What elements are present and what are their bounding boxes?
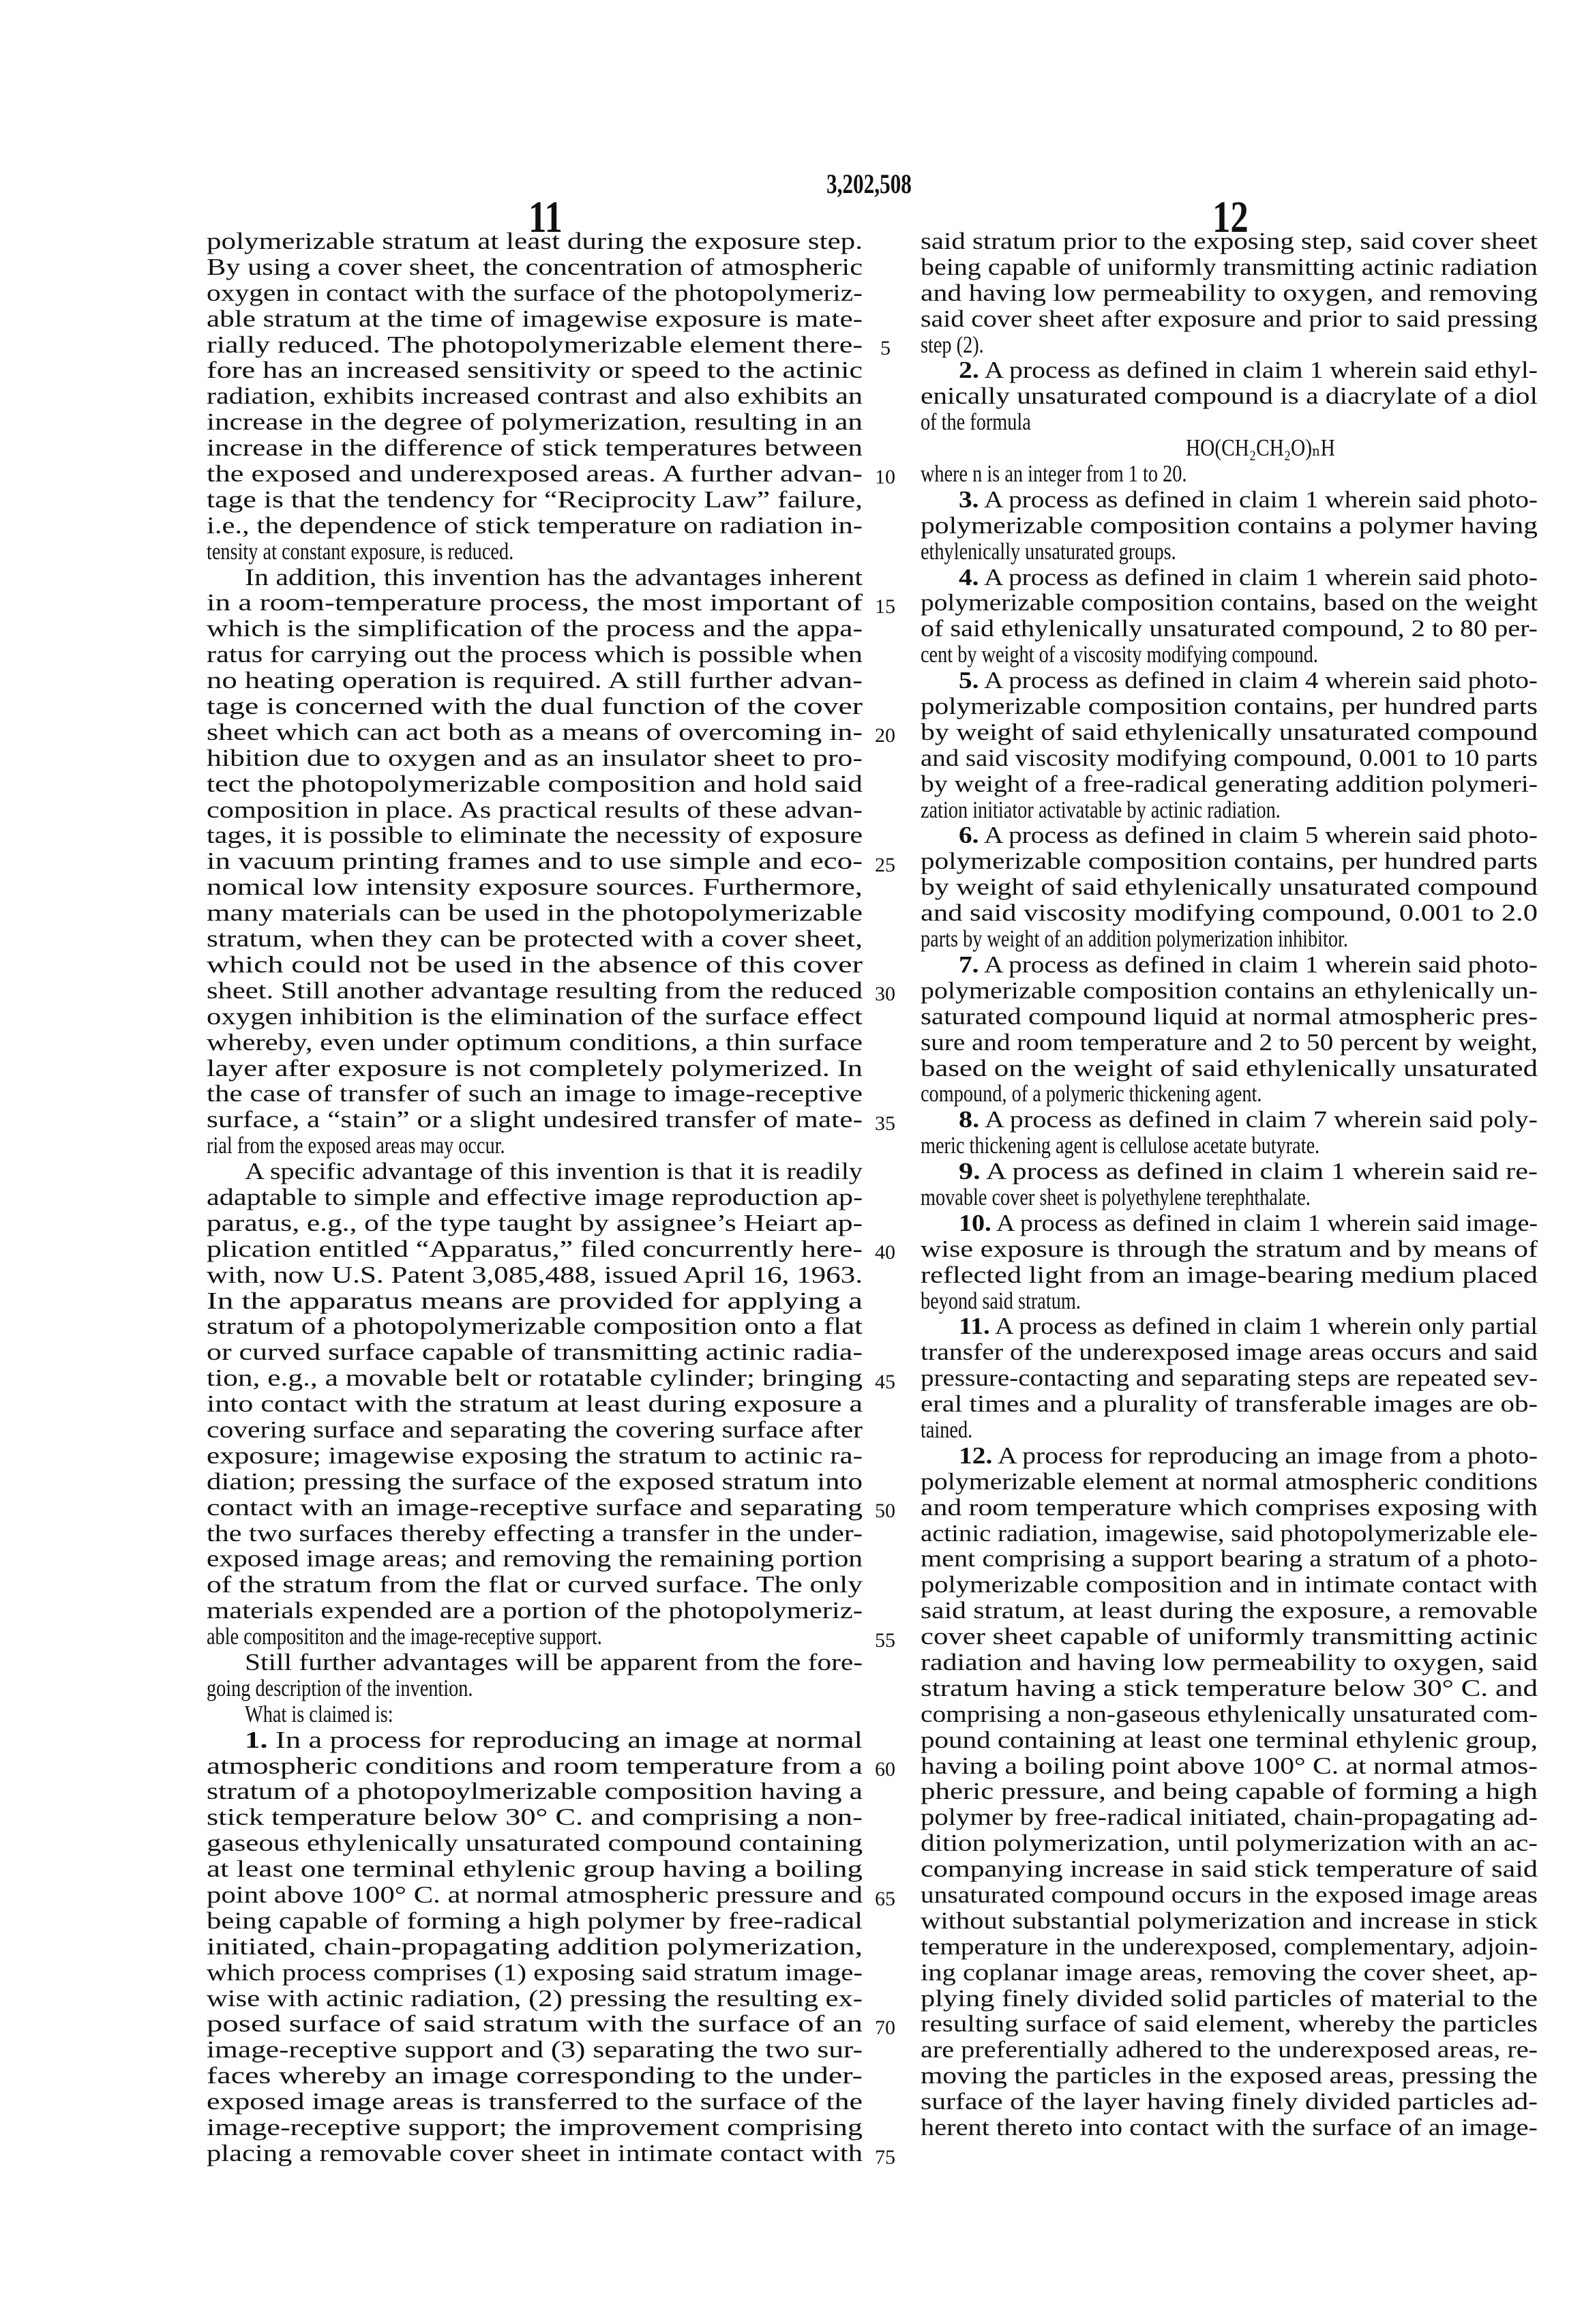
line-text: point above 100° C. at normal atmospheri… bbox=[207, 1883, 863, 1909]
line-content: Still further advantages will be apparen… bbox=[245, 1650, 863, 1675]
text-line: stratum of a photopolymerizable composit… bbox=[207, 1314, 863, 1340]
line-content: HO(CH₂CH₂O)ₙH bbox=[1186, 435, 1335, 461]
line-content: tion, e.g., a movable belt or rotatable … bbox=[207, 1365, 863, 1391]
text-line: layer after exposure is not completely p… bbox=[207, 1056, 863, 1082]
line-text: oxygen inhibition is the elimination of … bbox=[207, 1004, 863, 1030]
line-text: exposed image areas; and removing the re… bbox=[207, 1547, 863, 1573]
line-content: A process for reproducing an image from … bbox=[992, 1443, 1538, 1469]
line-text: sure and room temperature and 2 to 50 pe… bbox=[921, 1030, 1538, 1056]
line-content: A process as defined in claim 1 wherein … bbox=[979, 952, 1538, 978]
line-text: rial from the exposed areas may occur. bbox=[207, 1133, 505, 1159]
line-content: movable cover sheet is polyethylene tere… bbox=[921, 1185, 1311, 1210]
text-line: tion, e.g., a movable belt or rotatable … bbox=[207, 1366, 863, 1392]
line-content: image-receptive support and (3) separati… bbox=[207, 2037, 863, 2063]
line-content: stratum of a photopoylmerizable composit… bbox=[207, 1778, 863, 1804]
line-content: being capable of uniformly transmitting … bbox=[921, 254, 1538, 280]
line-content: ratus for carrying out the process which… bbox=[207, 642, 863, 668]
line-text: Still further advantages will be apparen… bbox=[245, 1650, 863, 1676]
line-content: polymer by free-radical initiated, chain… bbox=[921, 1804, 1538, 1830]
line-content: able stratum at the time of imagewise ex… bbox=[207, 306, 863, 332]
text-line: transfer of the underexposed image areas… bbox=[921, 1340, 1538, 1366]
text-line: which could not be used in the absence o… bbox=[207, 953, 863, 979]
text-line: tage is concerned with the dual function… bbox=[207, 694, 863, 720]
line-text: of the formula bbox=[921, 410, 1031, 436]
line-text: and having low permeability to oxygen, a… bbox=[921, 281, 1538, 307]
text-line: enically unsaturated compound is a diacr… bbox=[921, 384, 1538, 410]
text-line: surface, a “stain” or a slight undesired… bbox=[207, 1107, 863, 1133]
line-text: 7. A process as defined in claim 1 where… bbox=[959, 953, 1538, 979]
text-line: unsaturated compound occurs in the expos… bbox=[921, 1883, 1538, 1909]
text-line: dition polymerization, until polymerizat… bbox=[921, 1831, 1538, 1857]
line-content: of said ethylenically unsaturated compou… bbox=[921, 616, 1538, 642]
line-text: plying finely divided solid particles of… bbox=[921, 1986, 1538, 2012]
line-text: radiation and having low permeability to… bbox=[921, 1650, 1538, 1676]
text-line: of the formula bbox=[921, 410, 1538, 436]
claim-number: 11. bbox=[959, 1313, 990, 1339]
text-line: or curved surface capable of transmittin… bbox=[207, 1340, 863, 1366]
line-text: rially reduced. The photopolymerizable e… bbox=[207, 333, 863, 359]
line-text: image-receptive support; the improvement… bbox=[207, 2115, 863, 2141]
line-content: unsaturated compound occurs in the expos… bbox=[921, 1882, 1538, 1908]
line-content: covering surface and separating the cove… bbox=[207, 1417, 863, 1443]
chemical-formula: HO(CH₂CH₂O)ₙH bbox=[921, 436, 1538, 462]
text-line: step (2). bbox=[921, 333, 1538, 359]
line-number: 30 bbox=[875, 981, 895, 1007]
line-text: 3. A process as defined in claim 1 where… bbox=[959, 488, 1538, 513]
text-line: polymerizable composition contains, per … bbox=[921, 849, 1538, 875]
line-content: pressure-contacting and separating steps… bbox=[921, 1365, 1538, 1391]
line-text: By using a cover sheet, the concentratio… bbox=[207, 255, 863, 281]
text-line: said stratum, at least during the exposu… bbox=[921, 1598, 1538, 1624]
line-text: temperature in the underexposed, complem… bbox=[921, 1935, 1538, 1961]
line-text: posed surface of said stratum with the s… bbox=[207, 2012, 863, 2038]
line-content: where n is an integer from 1 to 20. bbox=[921, 461, 1186, 487]
line-content: ethylenically unsaturated groups. bbox=[921, 539, 1176, 565]
line-text: hibition due to oxygen and as an insulat… bbox=[207, 746, 863, 772]
line-text: being capable of forming a high polymer … bbox=[207, 1909, 863, 1935]
text-line: going description of the invention. bbox=[207, 1676, 863, 1702]
text-line: nomical low intensity exposure sources. … bbox=[207, 875, 863, 901]
text-line: polymerizable composition contains an et… bbox=[921, 979, 1538, 1004]
text-line: and said viscosity modifying compound, 0… bbox=[921, 746, 1538, 772]
line-content: having a boiling point above 100° C. at … bbox=[921, 1753, 1538, 1779]
line-text: sheet. Still another advantage resulting… bbox=[207, 979, 863, 1004]
line-text: step (2). bbox=[921, 333, 984, 359]
line-text: composition in place. As practical resul… bbox=[207, 798, 863, 824]
line-text: tage is concerned with the dual function… bbox=[207, 694, 863, 720]
text-line: the exposed and underexposed areas. A fu… bbox=[207, 462, 863, 488]
line-content: ment comprising a support bearing a stra… bbox=[921, 1546, 1538, 1572]
text-line: into contact with the stratum at least d… bbox=[207, 1392, 863, 1418]
line-text: covering surface and separating the cove… bbox=[207, 1418, 863, 1444]
line-text: having a boiling point above 100° C. at … bbox=[921, 1754, 1538, 1780]
claim-line: 6. A process as defined in claim 5 where… bbox=[921, 823, 1538, 849]
line-text: ethylenically unsaturated groups. bbox=[921, 539, 1176, 565]
line-content: in a room-temperature process, the most … bbox=[207, 590, 863, 616]
line-text: 12. A process for reproducing an image f… bbox=[959, 1444, 1538, 1470]
claim-number: 5. bbox=[959, 668, 979, 694]
line-text: diation; pressing the surface of the exp… bbox=[207, 1470, 863, 1495]
text-line: stick temperature below 30° C. and compr… bbox=[207, 1805, 863, 1831]
claim-number: 6. bbox=[959, 822, 979, 848]
line-text: What is claimed is: bbox=[245, 1702, 393, 1728]
text-line: comprising a non-gaseous ethylenically u… bbox=[921, 1702, 1538, 1728]
line-content: of the stratum from the flat or curved s… bbox=[207, 1572, 863, 1598]
line-text: HO(CH₂CH₂O)ₙH bbox=[1186, 436, 1335, 462]
line-text: polymerizable composition and in intimat… bbox=[921, 1573, 1538, 1598]
line-text: radiation, exhibits increased contrast a… bbox=[207, 384, 863, 410]
line-content: or curved surface capable of transmittin… bbox=[207, 1339, 863, 1365]
line-content: cover sheet capable of uniformly transmi… bbox=[921, 1624, 1538, 1650]
text-line: polymerizable composition contains, per … bbox=[921, 694, 1538, 720]
line-text: which could not be used in the absence o… bbox=[207, 953, 863, 979]
line-text: 2. A process as defined in claim 1 where… bbox=[959, 358, 1538, 384]
text-line: stratum having a stick temperature below… bbox=[921, 1676, 1538, 1702]
line-text: the case of transfer of such an image to… bbox=[207, 1082, 863, 1107]
line-text: 5. A process as defined in claim 4 where… bbox=[959, 668, 1538, 694]
line-content: zation initiator activatable by actinic … bbox=[921, 797, 1281, 823]
text-line: ethylenically unsaturated groups. bbox=[921, 539, 1538, 565]
line-text: stratum having a stick temperature below… bbox=[921, 1676, 1538, 1702]
line-content: by weight of a free-radical generating a… bbox=[921, 771, 1538, 797]
line-text: which is the simplification of the proce… bbox=[207, 616, 863, 642]
text-line: By using a cover sheet, the concentratio… bbox=[207, 255, 863, 281]
line-content: said stratum, at least during the exposu… bbox=[921, 1598, 1538, 1624]
line-content: into contact with the stratum at least d… bbox=[207, 1391, 863, 1417]
line-text: initiated, chain-propagating addition po… bbox=[207, 1935, 863, 1961]
line-text: stratum of a photopolymerizable composit… bbox=[207, 1314, 863, 1340]
text-line: pheric pressure, and being capable of fo… bbox=[921, 1779, 1538, 1805]
line-content: fore has an increased sensitivity or spe… bbox=[207, 357, 863, 383]
line-text: contact with an image-receptive surface … bbox=[207, 1495, 863, 1521]
text-line: polymerizable composition and in intimat… bbox=[921, 1573, 1538, 1598]
line-content: ing coplanar image areas, removing the c… bbox=[921, 1960, 1538, 1986]
text-line: reflected light from an image-bearing me… bbox=[921, 1263, 1538, 1289]
line-text: by weight of said ethylenically unsatura… bbox=[921, 720, 1538, 746]
line-content: stick temperature below 30° C. and compr… bbox=[207, 1804, 863, 1830]
claim-line: 3. A process as defined in claim 1 where… bbox=[921, 488, 1538, 513]
line-text: at least one terminal ethylenic group ha… bbox=[207, 1857, 863, 1883]
line-text: polymerizable composition contains an et… bbox=[921, 979, 1538, 1004]
line-text: said cover sheet after exposure and prio… bbox=[921, 307, 1538, 333]
line-text: layer after exposure is not completely p… bbox=[207, 1056, 863, 1082]
text-line: In the apparatus means are provided for … bbox=[207, 1289, 863, 1315]
text-line: ment comprising a support bearing a stra… bbox=[921, 1547, 1538, 1573]
text-line: tensity at constant exposure, is reduced… bbox=[207, 539, 863, 565]
line-content: tensity at constant exposure, is reduced… bbox=[207, 539, 513, 565]
line-text: being capable of uniformly transmitting … bbox=[921, 255, 1538, 281]
line-text: 9. A process as defined in claim 1 where… bbox=[959, 1159, 1538, 1185]
text-line: where n is an integer from 1 to 20. bbox=[921, 462, 1538, 488]
line-content: and said viscosity modifying compound, 0… bbox=[921, 900, 1538, 926]
line-text: 10. A process as defined in claim 1 wher… bbox=[959, 1211, 1538, 1237]
line-text: plication entitled “Apparatus,” filed co… bbox=[207, 1237, 863, 1263]
claim-number: 4. bbox=[959, 565, 979, 591]
line-text: 1. In a process for reproducing an image… bbox=[245, 1728, 863, 1754]
line-text: by weight of said ethylenically unsatura… bbox=[921, 875, 1538, 901]
line-content: polymerizable composition contains, per … bbox=[921, 694, 1538, 719]
line-text: and said viscosity modifying compound, 0… bbox=[921, 901, 1538, 927]
line-text: saturated compound liquid at normal atmo… bbox=[921, 1004, 1538, 1030]
text-line: plication entitled “Apparatus,” filed co… bbox=[207, 1237, 863, 1263]
line-content: wise with actinic radiation, (2) pressin… bbox=[207, 1986, 863, 2012]
line-text: by weight of a free-radical generating a… bbox=[921, 772, 1538, 798]
line-content: able composititon and the image-receptiv… bbox=[207, 1624, 602, 1650]
line-text: ment comprising a support bearing a stra… bbox=[921, 1547, 1538, 1573]
text-line: whereby, even under optimum conditions, … bbox=[207, 1030, 863, 1056]
patent-number: 3,202,508 bbox=[826, 168, 912, 200]
line-number: 35 bbox=[875, 1111, 895, 1137]
text-line: movable cover sheet is polyethylene tere… bbox=[921, 1185, 1538, 1211]
line-text: beyond said stratum. bbox=[921, 1289, 1081, 1315]
line-content: paratus, e.g., of the type taught by ass… bbox=[207, 1210, 863, 1236]
claim-line: 7. A process as defined in claim 1 where… bbox=[921, 953, 1538, 979]
text-line: being capable of forming a high polymer … bbox=[207, 1909, 863, 1935]
text-line: by weight of said ethylenically unsatura… bbox=[921, 875, 1538, 901]
text-line: with, now U.S. Patent 3,085,488, issued … bbox=[207, 1263, 863, 1289]
text-line: rially reduced. The photopolymerizable e… bbox=[207, 333, 863, 359]
text-line: atmospheric conditions and room temperat… bbox=[207, 1754, 863, 1780]
text-line: increase in the difference of stick temp… bbox=[207, 436, 863, 462]
text-line: sheet. Still another advantage resulting… bbox=[207, 979, 863, 1004]
text-line: pressure-contacting and separating steps… bbox=[921, 1366, 1538, 1392]
line-text: many materials can be used in the photop… bbox=[207, 901, 863, 927]
line-content: point above 100° C. at normal atmospheri… bbox=[207, 1882, 863, 1908]
line-text: tage is that the tendency for “Reciproci… bbox=[207, 488, 863, 513]
text-line: Still further advantages will be apparen… bbox=[207, 1650, 863, 1676]
line-content: saturated compound liquid at normal atmo… bbox=[921, 1004, 1538, 1030]
line-number: 20 bbox=[875, 723, 895, 749]
line-number: 70 bbox=[875, 2015, 895, 2041]
line-text: companying increase in said stick temper… bbox=[921, 1857, 1538, 1883]
line-content: actinic radiation, imagewise, said photo… bbox=[921, 1521, 1538, 1547]
line-content: meric thickening agent is cellulose acet… bbox=[921, 1133, 1319, 1159]
claim-number: 10. bbox=[959, 1210, 991, 1236]
text-line: no heating operation is required. A stil… bbox=[207, 668, 863, 694]
line-content: placing a removable cover sheet in intim… bbox=[207, 2141, 863, 2166]
text-line: in vacuum printing frames and to use sim… bbox=[207, 849, 863, 875]
line-text: faces whereby an image corresponding to … bbox=[207, 2064, 863, 2089]
line-content: polymerizable element at normal atmosphe… bbox=[921, 1469, 1538, 1495]
line-content: exposed image areas is transferred to th… bbox=[207, 2089, 863, 2115]
line-text: surface, a “stain” or a slight undesired… bbox=[207, 1107, 863, 1133]
text-line: diation; pressing the surface of the exp… bbox=[207, 1470, 863, 1495]
line-content: whereby, even under optimum conditions, … bbox=[207, 1030, 863, 1056]
line-content: with, now U.S. Patent 3,085,488, issued … bbox=[207, 1262, 863, 1288]
line-text: In the apparatus means are provided for … bbox=[207, 1289, 863, 1315]
line-text: tect the photopolymerizable composition … bbox=[207, 772, 863, 798]
line-content: the case of transfer of such an image to… bbox=[207, 1081, 863, 1107]
text-line: sure and room temperature and 2 to 50 pe… bbox=[921, 1030, 1538, 1056]
line-content: A process as defined in claim 7 wherein … bbox=[979, 1107, 1538, 1133]
line-text: adaptable to simple and effective image … bbox=[207, 1185, 863, 1211]
line-text: polymerizable composition contains, base… bbox=[921, 591, 1538, 616]
line-content: A specific advantage of this invention i… bbox=[245, 1159, 863, 1185]
line-content: materials expended are a portion of the … bbox=[207, 1598, 863, 1624]
text-line: and room temperature which comprises exp… bbox=[921, 1495, 1538, 1521]
text-line: beyond said stratum. bbox=[921, 1289, 1538, 1315]
text-line: compound, of a polymeric thickening agen… bbox=[921, 1082, 1538, 1107]
line-text: pound containing at least one terminal e… bbox=[921, 1728, 1538, 1754]
line-content: without substantial polymerization and i… bbox=[921, 1908, 1538, 1934]
text-line: increase in the degree of polymerization… bbox=[207, 410, 863, 436]
line-content: the exposed and underexposed areas. A fu… bbox=[207, 461, 863, 487]
claim-line: 9. A process as defined in claim 1 where… bbox=[921, 1159, 1538, 1185]
text-line: sheet which can act both as a means of o… bbox=[207, 720, 863, 746]
line-text: polymerizable stratum at least during th… bbox=[207, 229, 863, 255]
line-content: stratum of a photopolymerizable composit… bbox=[207, 1313, 863, 1339]
text-line: by weight of a free-radical generating a… bbox=[921, 772, 1538, 798]
line-text: said stratum prior to the exposing step,… bbox=[921, 229, 1538, 255]
text-line: radiation and having low permeability to… bbox=[921, 1650, 1538, 1676]
line-content: being capable of forming a high polymer … bbox=[207, 1908, 863, 1934]
line-text: surface of the layer having finely divid… bbox=[921, 2089, 1538, 2115]
line-content: resulting surface of said element, where… bbox=[921, 2011, 1538, 2037]
text-line: said cover sheet after exposure and prio… bbox=[921, 307, 1538, 333]
line-text: In addition, this invention has the adva… bbox=[245, 565, 863, 591]
text-line: actinic radiation, imagewise, said photo… bbox=[921, 1521, 1538, 1547]
line-content: by weight of said ethylenically unsatura… bbox=[921, 719, 1538, 745]
claim-line: 1. In a process for reproducing an image… bbox=[207, 1728, 863, 1754]
line-text: of said ethylenically unsaturated compou… bbox=[921, 616, 1538, 642]
line-content: said cover sheet after exposure and prio… bbox=[921, 306, 1538, 332]
line-content: A process as defined in claim 5 wherein … bbox=[979, 822, 1538, 848]
claim-line: 10. A process as defined in claim 1 wher… bbox=[921, 1211, 1538, 1237]
text-line: polymerizable composition contains, base… bbox=[921, 591, 1538, 616]
text-line: exposed image areas is transferred to th… bbox=[207, 2089, 863, 2115]
line-content: image-receptive support; the improvement… bbox=[207, 2115, 863, 2141]
line-text: able stratum at the time of imagewise ex… bbox=[207, 307, 863, 333]
line-content: increase in the difference of stick temp… bbox=[207, 435, 863, 461]
line-text: unsaturated compound occurs in the expos… bbox=[921, 1883, 1538, 1909]
text-line: said stratum prior to the exposing step,… bbox=[921, 229, 1538, 255]
text-line: temperature in the underexposed, complem… bbox=[921, 1935, 1538, 1961]
text-line: radiation, exhibits increased contrast a… bbox=[207, 384, 863, 410]
line-text: pressure-contacting and separating steps… bbox=[921, 1366, 1538, 1392]
text-line: which is the simplification of the proce… bbox=[207, 616, 863, 642]
line-content: herent thereto into contact with the sur… bbox=[921, 2115, 1538, 2141]
line-content: tect the photopolymerizable composition … bbox=[207, 771, 863, 797]
text-line: tect the photopolymerizable composition … bbox=[207, 772, 863, 798]
text-line: having a boiling point above 100° C. at … bbox=[921, 1754, 1538, 1780]
line-text: the exposed and underexposed areas. A fu… bbox=[207, 462, 863, 488]
line-text: and room temperature which comprises exp… bbox=[921, 1495, 1538, 1521]
text-line: wise with actinic radiation, (2) pressin… bbox=[207, 1986, 863, 2012]
text-line: saturated compound liquid at normal atmo… bbox=[921, 1004, 1538, 1030]
line-text: meric thickening agent is cellulose acet… bbox=[921, 1133, 1319, 1159]
line-content: A process as defined in claim 4 wherein … bbox=[979, 668, 1538, 694]
line-text: polymerizable element at normal atmosphe… bbox=[921, 1470, 1538, 1495]
text-line: being capable of uniformly transmitting … bbox=[921, 255, 1538, 281]
line-text: able composititon and the image-receptiv… bbox=[207, 1624, 602, 1650]
text-line: are preferentially adhered to the undere… bbox=[921, 2038, 1538, 2064]
claim-line: 4. A process as defined in claim 1 where… bbox=[921, 565, 1538, 591]
text-line: placing a removable cover sheet in intim… bbox=[207, 2141, 863, 2167]
text-line: moving the particles in the exposed area… bbox=[921, 2064, 1538, 2089]
line-text: exposed image areas is transferred to th… bbox=[207, 2089, 863, 2115]
line-content: step (2). bbox=[921, 332, 984, 358]
line-text: the two surfaces thereby effecting a tra… bbox=[207, 1521, 863, 1547]
line-content: A process as defined in claim 1 wherein … bbox=[979, 565, 1538, 591]
text-line: pound containing at least one terminal e… bbox=[921, 1728, 1538, 1754]
line-content: polymerizable composition contains, base… bbox=[921, 590, 1538, 616]
line-text: are preferentially adhered to the undere… bbox=[921, 2038, 1538, 2064]
text-line: which process comprises (1) exposing sai… bbox=[207, 1961, 863, 1986]
text-line: adaptable to simple and effective image … bbox=[207, 1185, 863, 1211]
line-content: A process as defined in claim 1 wherein … bbox=[979, 487, 1538, 513]
text-line: A specific advantage of this invention i… bbox=[207, 1159, 863, 1185]
text-line: ratus for carrying out the process which… bbox=[207, 642, 863, 668]
line-content: A process as defined in claim 1 wherein … bbox=[990, 1313, 1538, 1339]
line-text: tion, e.g., a movable belt or rotatable … bbox=[207, 1366, 863, 1392]
line-content: the two surfaces thereby effecting a tra… bbox=[207, 1521, 863, 1547]
claim-line: 2. A process as defined in claim 1 where… bbox=[921, 358, 1538, 384]
line-number: 75 bbox=[875, 2145, 895, 2171]
line-text: increase in the degree of polymerization… bbox=[207, 410, 863, 436]
line-content: companying increase in said stick temper… bbox=[921, 1856, 1538, 1882]
text-line: in a room-temperature process, the most … bbox=[207, 591, 863, 616]
line-content: In addition, this invention has the adva… bbox=[245, 565, 863, 591]
line-content: rial from the exposed areas may occur. bbox=[207, 1133, 505, 1159]
patent-page: 3,202,508 11 12 polymerizable stratum at… bbox=[0, 0, 1582, 2324]
text-line: oxygen in contact with the surface of th… bbox=[207, 281, 863, 307]
line-content: tages, it is possible to eliminate the n… bbox=[207, 822, 863, 848]
line-content: composition in place. As practical resul… bbox=[207, 797, 863, 823]
line-text: wise with actinic radiation, (2) pressin… bbox=[207, 1986, 863, 2012]
text-line: stratum of a photopoylmerizable composit… bbox=[207, 1779, 863, 1805]
text-line: able composititon and the image-receptiv… bbox=[207, 1624, 863, 1650]
text-line: gaseous ethylenically unsaturated compou… bbox=[207, 1831, 863, 1857]
line-text: parts by weight of an addition polymeriz… bbox=[921, 927, 1348, 953]
line-content: cent by weight of a viscosity modifying … bbox=[921, 642, 1318, 668]
text-line: exposed image areas; and removing the re… bbox=[207, 1547, 863, 1573]
line-text: which process comprises (1) exposing sai… bbox=[207, 1961, 863, 1986]
line-content: beyond said stratum. bbox=[921, 1288, 1081, 1314]
line-content: contact with an image-receptive surface … bbox=[207, 1495, 863, 1521]
line-content: tage is concerned with the dual function… bbox=[207, 694, 863, 719]
claim-number: 2. bbox=[959, 357, 979, 383]
line-content: exposed image areas; and removing the re… bbox=[207, 1546, 863, 1572]
text-line: oxygen inhibition is the elimination of … bbox=[207, 1004, 863, 1030]
line-content: comprising a non-gaseous ethylenically u… bbox=[921, 1701, 1538, 1727]
claim-line: 5. A process as defined in claim 4 where… bbox=[921, 668, 1538, 694]
line-text: cent by weight of a viscosity modifying … bbox=[921, 642, 1318, 668]
text-line: cent by weight of a viscosity modifying … bbox=[921, 642, 1538, 668]
line-content: at least one terminal ethylenic group ha… bbox=[207, 1856, 863, 1882]
line-text: going description of the invention. bbox=[207, 1676, 473, 1702]
text-line: polymerizable composition contains a pol… bbox=[921, 513, 1538, 539]
line-content: radiation and having low permeability to… bbox=[921, 1650, 1538, 1675]
text-line: In addition, this invention has the adva… bbox=[207, 565, 863, 591]
line-content: polymerizable composition contains an et… bbox=[921, 978, 1538, 1004]
line-content: compound, of a polymeric thickening agen… bbox=[921, 1081, 1262, 1107]
text-line: stratum, when they can be protected with… bbox=[207, 927, 863, 953]
text-line: composition in place. As practical resul… bbox=[207, 798, 863, 824]
line-content: polymerizable stratum at least during th… bbox=[207, 228, 863, 254]
line-text: ing coplanar image areas, removing the c… bbox=[921, 1961, 1538, 1986]
line-text: polymer by free-radical initiated, chain… bbox=[921, 1805, 1538, 1831]
text-line: without substantial polymerization and i… bbox=[921, 1909, 1538, 1935]
line-content: many materials can be used in the photop… bbox=[207, 900, 863, 926]
text-line: cover sheet capable of uniformly transmi… bbox=[921, 1624, 1538, 1650]
line-text: with, now U.S. Patent 3,085,488, issued … bbox=[207, 1263, 863, 1289]
line-text: eral times and a plurality of transferab… bbox=[921, 1392, 1538, 1418]
line-text: atmospheric conditions and room temperat… bbox=[207, 1754, 863, 1780]
line-content: polymerizable composition contains a pol… bbox=[921, 513, 1538, 539]
text-line: polymerizable stratum at least during th… bbox=[207, 229, 863, 255]
line-text: A specific advantage of this invention i… bbox=[245, 1159, 863, 1185]
text-line: meric thickening agent is cellulose acet… bbox=[921, 1133, 1538, 1159]
